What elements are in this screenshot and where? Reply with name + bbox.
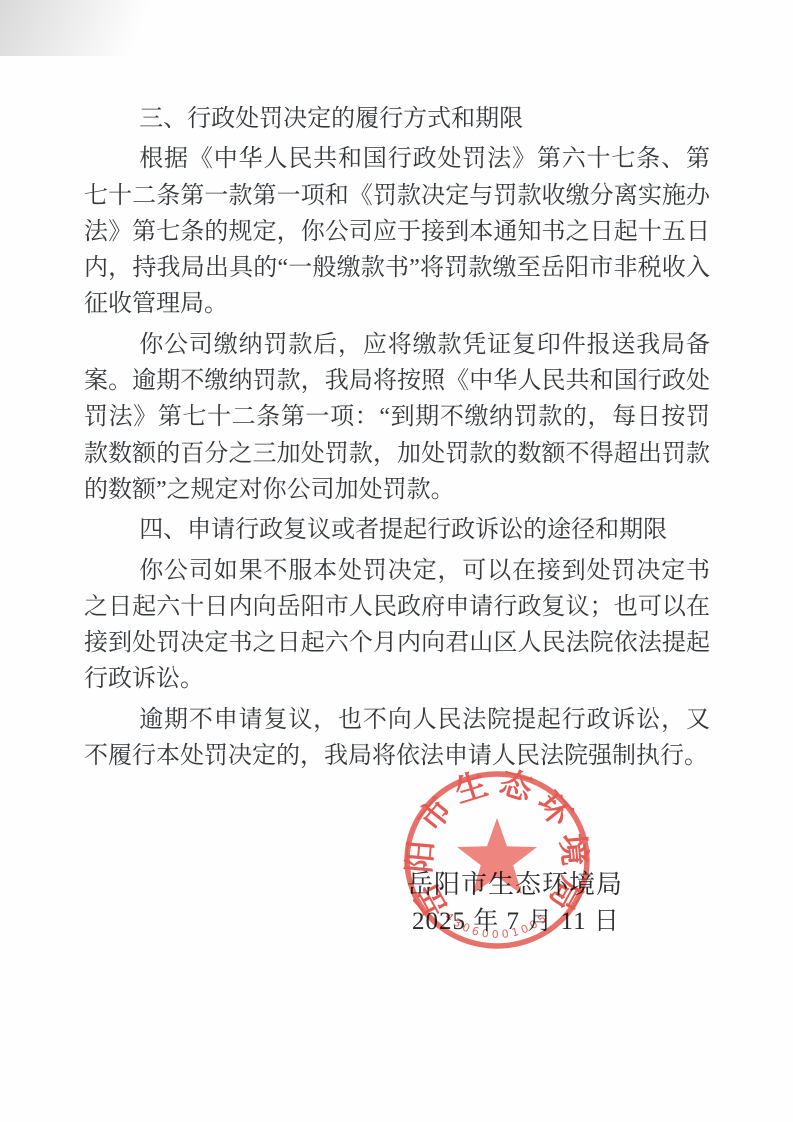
issue-date: 2025 年 7 月 11 日 xyxy=(412,901,620,937)
section-4-heading: 四、申请行政复议或者提起行政诉讼的途径和期限 xyxy=(84,512,710,548)
document-body: 三、行政处罚决定的履行方式和期限 根据《中华人民共和国行政处罚法》第六十七条、第… xyxy=(84,101,710,778)
paragraph-late-payment-penalty: 你公司缴纳罚款后，应将缴款凭证复印件报送我局备案。逾期不缴纳罚款，我局将按照《中… xyxy=(84,327,710,508)
paragraph-review-and-litigation: 你公司如果不服本处罚决定，可以在接到处罚决定书之日起六十日内向岳阳市人民政府申请… xyxy=(84,553,710,698)
scan-shadow xyxy=(0,0,240,56)
paragraph-enforcement: 逾期不申请复议，也不向人民法院提起行政诉讼，又不履行本处罚决定的，我局将依法申请… xyxy=(84,702,710,775)
scanned-document-page: 三、行政处罚决定的履行方式和期限 根据《中华人民共和国行政处罚法》第六十七条、第… xyxy=(0,0,793,1122)
section-3-heading: 三、行政处罚决定的履行方式和期限 xyxy=(84,101,710,137)
paragraph-payment-instruction: 根据《中华人民共和国行政处罚法》第六十七条、第七十二条第一款第一项和《罚款决定与… xyxy=(84,141,710,322)
issuing-agency-name: 岳阳市生态环境局 xyxy=(407,864,623,901)
